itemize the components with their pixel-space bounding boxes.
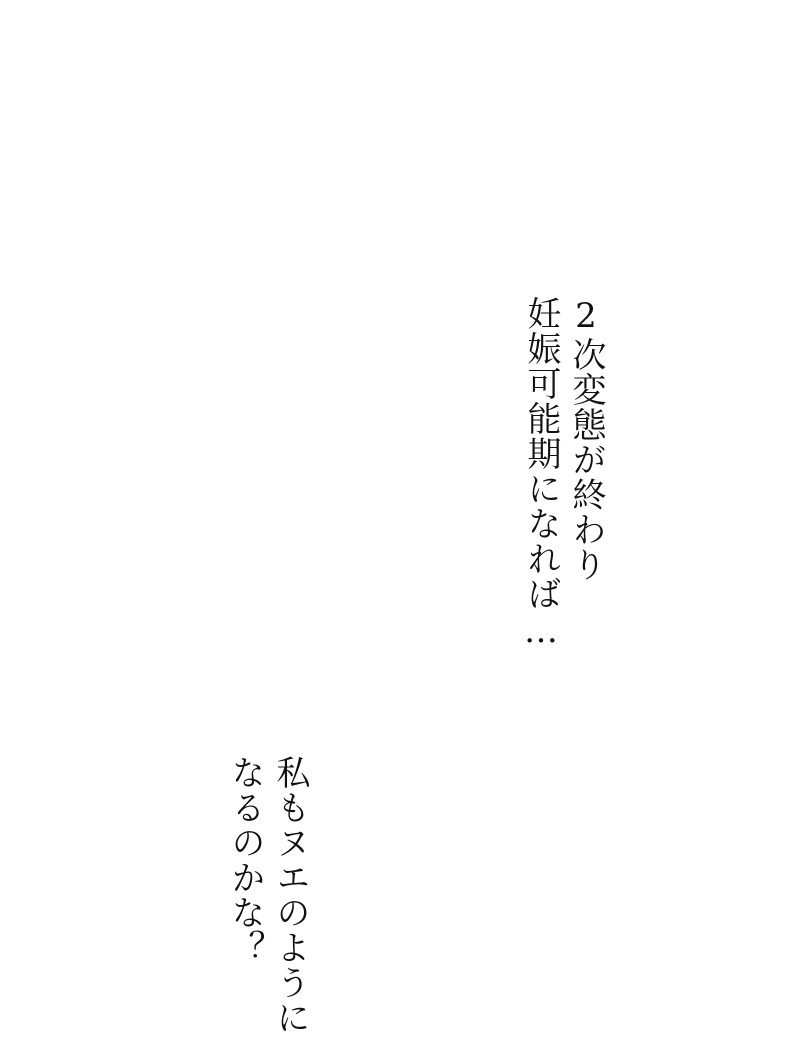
dialogue-text-2: 私もヌエのように なるのかな？ [222,755,312,1035]
dialogue-line: なるのかな？ [222,755,267,1035]
dialogue-line: 2次変態が終わり [563,296,608,652]
comic-panel: 2次変態が終わり 妊娠可能期になれば… 私もヌエのように なるのかな？ [0,0,800,1052]
dialogue-line: 私もヌエのように [267,755,312,1035]
dialogue-text-1: 2次変態が終わり 妊娠可能期になれば… [518,296,608,652]
dialogue-line: 妊娠可能期になれば… [518,296,563,652]
